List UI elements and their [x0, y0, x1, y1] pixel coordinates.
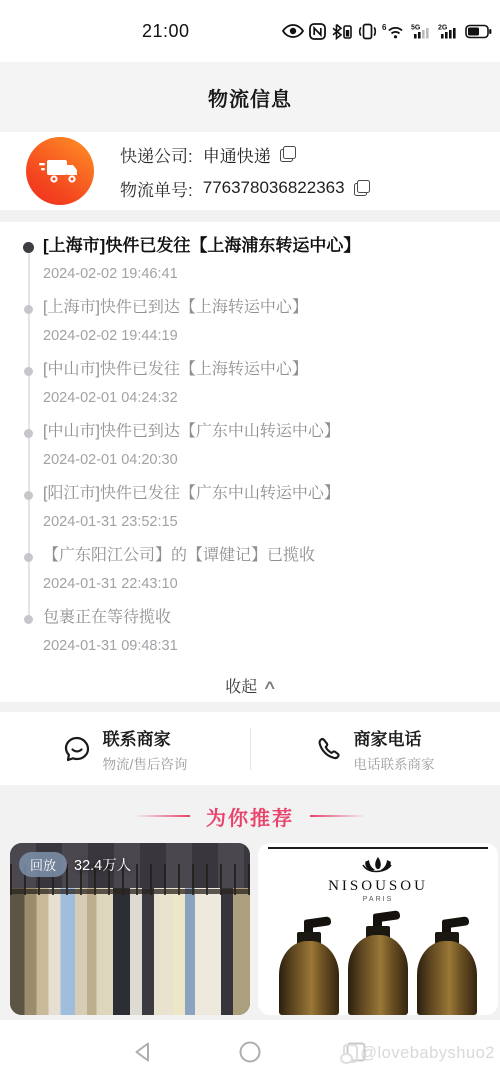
decorative-line — [310, 815, 366, 817]
timeline-event: [阳江市]快件已发往【广东中山转运中心】2024-01-31 23:52:15 — [0, 482, 500, 544]
live-replay-card[interactable]: 回放 32.4万人 — [10, 843, 250, 1015]
watermark: @lovebabyshuo2 — [343, 1044, 495, 1063]
timeline-list: [上海市]快件已发往【上海浦东转运中心】2024-02-02 19:46:41 … — [0, 234, 500, 668]
timeline-dot — [24, 305, 33, 314]
wifi-6-icon: 6 — [382, 23, 406, 40]
timeline-dot — [24, 615, 33, 624]
svg-text:6: 6 — [382, 23, 387, 32]
event-title: [上海市]快件已发往【上海浦东转运中心】 — [43, 234, 500, 258]
timeline-event: [上海市]快件已发往【上海浦东转运中心】2024-02-02 19:46:41 — [0, 234, 500, 296]
clock: 21:00 — [142, 21, 190, 42]
event-title: [上海市]快件已到达【上海转运中心】 — [43, 296, 500, 320]
event-time: 2024-01-31 09:48:31 — [43, 638, 500, 654]
product-card[interactable]: NISOUSOU PARIS — [258, 843, 498, 1015]
company-label: 快递公司: — [120, 142, 193, 167]
merchant-phone-label: 商家电话 — [354, 725, 435, 750]
event-time: 2024-01-31 22:43:10 — [43, 576, 500, 592]
eye-comfort-icon — [282, 23, 304, 39]
section-divider — [0, 702, 500, 712]
pump-bottle — [348, 909, 408, 1015]
tracking-label: 物流单号: — [120, 176, 193, 201]
svg-text:5G: 5G — [411, 24, 421, 31]
chat-bubble-icon — [63, 735, 91, 763]
watermark-text: @lovebabyshuo2 — [360, 1044, 495, 1063]
event-title: [中山市]快件已到达【广东中山转运中心】 — [43, 420, 500, 444]
contact-merchant-label: 联系商家 — [103, 725, 188, 750]
timeline-event: 【广东阳江公司】的【谭健记】已揽收2024-01-31 22:43:10 — [0, 544, 500, 606]
signal-5g-icon: 5G — [411, 23, 433, 40]
signal-2g-icon: 2G — [438, 23, 460, 40]
event-title: 【广东阳江公司】的【谭健记】已揽收 — [43, 544, 500, 568]
replay-badge: 回放 — [19, 852, 67, 877]
recommend-title: 为你推荐 — [206, 802, 294, 831]
bluetooth-battery-icon — [331, 23, 353, 40]
event-time: 2024-02-01 04:24:32 — [43, 390, 500, 406]
recommend-section: 为你推荐 回放 32.4万人 NISOUSOU PARIS — [0, 785, 500, 1020]
brand-name: NISOUSOU — [328, 878, 428, 895]
viewer-count: 32.4万人 — [74, 854, 131, 875]
vertical-divider — [250, 728, 251, 770]
recommend-header: 为你推荐 — [0, 801, 500, 831]
nfc-icon — [309, 23, 326, 40]
timeline-event: [中山市]快件已发往【上海转运中心】2024-02-01 04:24:32 — [0, 358, 500, 420]
recommend-cards: 回放 32.4万人 NISOUSOU PARIS — [0, 843, 500, 1015]
truck-icon — [26, 137, 94, 205]
event-time: 2024-02-01 04:20:30 — [43, 452, 500, 468]
watermark-logo-icon — [343, 1044, 358, 1063]
status-bar: 21:00 6 5G 2G — [0, 0, 500, 62]
status-icons: 6 5G 2G — [282, 23, 492, 40]
page-title: 物流信息 — [208, 83, 292, 112]
tracking-number: 776378036822363 — [203, 178, 345, 198]
section-divider — [0, 210, 500, 222]
nav-back-icon[interactable] — [131, 1040, 155, 1064]
timeline-event: 包裹正在等待揽收2024-01-31 09:48:31 — [0, 606, 500, 668]
timeline-event: [上海市]快件已到达【上海转运中心】2024-02-02 19:44:19 — [0, 296, 500, 358]
svg-text:2G: 2G — [438, 24, 448, 31]
vibrate-icon — [358, 23, 377, 40]
timeline-dot — [24, 553, 33, 562]
copy-tracking-icon[interactable] — [354, 180, 370, 196]
collapse-button[interactable]: 收起 ∧ — [0, 668, 500, 702]
product-bottles-photo — [258, 909, 498, 1015]
event-title: [中山市]快件已发往【上海转运中心】 — [43, 358, 500, 382]
lotus-logo-icon — [361, 855, 395, 877]
page-header: 物流信息 — [0, 62, 500, 132]
phone-icon — [316, 736, 342, 762]
timeline-event: [中山市]快件已到达【广东中山转运中心】2024-02-01 04:20:30 — [0, 420, 500, 482]
courier-tracking-row: 物流单号: 776378036822363 — [120, 176, 370, 201]
logistics-page: 21:00 6 5G 2G 物流信息 快递公司: 申通快递 物流单号: — [0, 0, 500, 1083]
courier-company-row: 快递公司: 申通快递 — [120, 142, 370, 167]
event-time: 2024-01-31 23:52:15 — [43, 514, 500, 530]
collapse-label: 收起 — [225, 674, 257, 697]
contact-merchant-subtitle: 物流/售后咨询 — [103, 753, 188, 773]
timeline-dot — [24, 429, 33, 438]
rack-rail — [10, 889, 250, 894]
pump-bottle — [279, 917, 339, 1015]
chevron-up-icon: ∧ — [262, 677, 277, 693]
merchant-phone-button[interactable]: 商家电话 电话联系商家 — [250, 725, 500, 773]
android-nav-bar: @lovebabyshuo2 — [0, 1020, 500, 1083]
contact-merchant-button[interactable]: 联系商家 物流/售后咨询 — [0, 725, 250, 773]
event-time: 2024-02-02 19:46:41 — [43, 266, 500, 282]
tracking-timeline: [上海市]快件已发往【上海浦东转运中心】2024-02-02 19:46:41 … — [0, 222, 500, 702]
timeline-dot — [24, 491, 33, 500]
courier-card: 快递公司: 申通快递 物流单号: 776378036822363 — [0, 132, 500, 210]
pump-bottle — [417, 917, 477, 1015]
timeline-dot — [24, 367, 33, 376]
event-title: [阳江市]快件已发往【广东中山转运中心】 — [43, 482, 500, 506]
decorative-line — [134, 815, 190, 817]
clothing-rack-photo — [10, 888, 250, 1015]
event-time: 2024-02-02 19:44:19 — [43, 328, 500, 344]
event-title: 包裹正在等待揽收 — [43, 606, 500, 630]
brand-subname: PARIS — [363, 896, 394, 903]
live-badge-row: 回放 32.4万人 — [19, 852, 131, 877]
battery-icon — [465, 24, 492, 39]
nav-home-icon[interactable] — [238, 1040, 262, 1064]
merchant-phone-subtitle: 电话联系商家 — [354, 753, 435, 773]
copy-company-icon[interactable] — [280, 146, 296, 162]
company-value: 申通快递 — [203, 142, 271, 167]
timeline-dot — [23, 242, 34, 253]
contact-bar: 联系商家 物流/售后咨询 商家电话 电话联系商家 — [0, 712, 500, 785]
photo-shelf-edge — [268, 847, 489, 849]
